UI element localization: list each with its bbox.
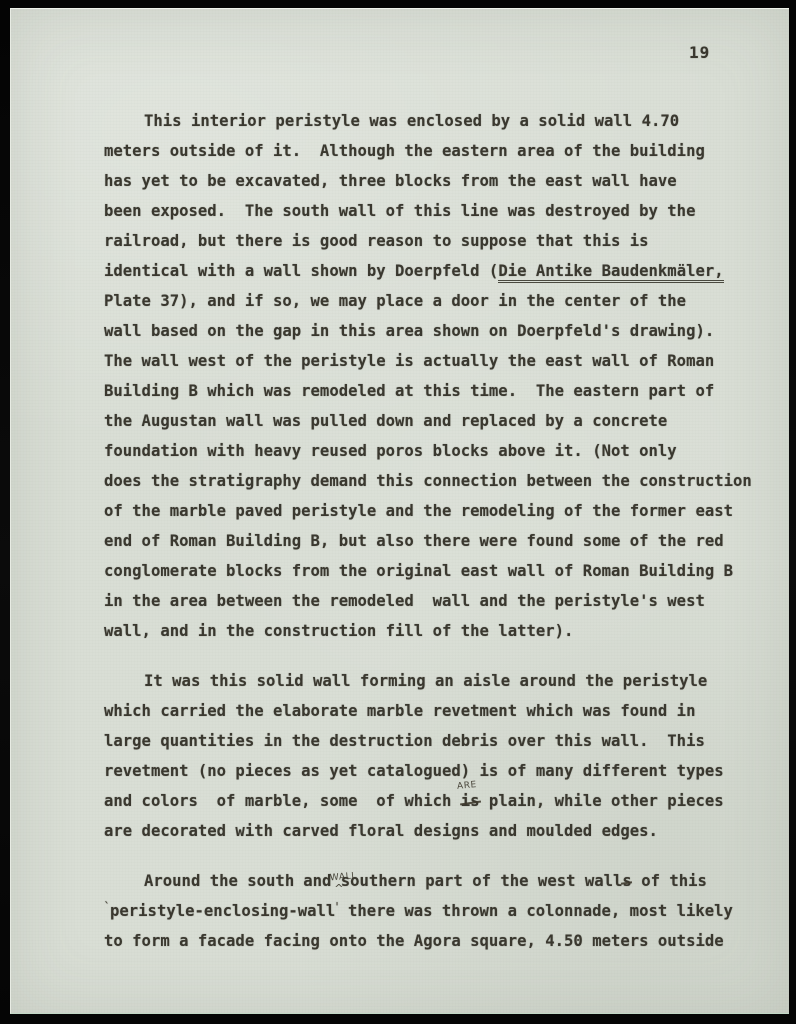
paragraph: It was this solid wall forming an aisle … [104, 666, 776, 846]
text-line: The wall west of the peristyle is actual… [104, 346, 776, 376]
text-line: the Augustan wall was pulled down and re… [104, 406, 776, 436]
paragraph: Around the southWALL^and southern part o… [104, 866, 776, 956]
text-segment: wall, and in the construction fill of th… [104, 622, 573, 640]
text-segment: Around the south [144, 872, 294, 890]
text-segment: foundation with heavy reused poros block… [104, 442, 677, 460]
text-segment: been exposed. The south wall of this lin… [104, 202, 695, 220]
text-segment: of this [632, 872, 707, 890]
insertion-mark: WALL^ [294, 885, 303, 886]
paper: 19 This interior peristyle was enclosed … [10, 8, 789, 1014]
text-segment: which carried the elaborate marble revet… [104, 702, 695, 720]
text-segment: revetment (no pieces as yet catalogued) … [104, 762, 724, 780]
text-segment: there was thrown a colonnade, most likel… [339, 902, 733, 920]
text-segment: to form a facade facing onto the Agora s… [104, 932, 724, 950]
text-segment: s [622, 872, 631, 890]
text-line: of the marble paved peristyle and the re… [104, 496, 776, 526]
text-segment: the Augustan wall was pulled down and re… [104, 412, 667, 430]
text-segment: are decorated with carved floral designs… [104, 822, 658, 840]
text-segment: This interior peristyle was enclosed by … [144, 112, 679, 130]
text-line: foundation with heavy reused poros block… [104, 436, 776, 466]
text-segment: identical with a wall shown by Doerpfeld… [104, 262, 498, 280]
text-line: has yet to be excavated, three blocks fr… [104, 166, 776, 196]
text-line: does the stratigraphy demand this connec… [104, 466, 776, 496]
text-segment: peristyle-enclosing-wall [110, 902, 335, 920]
text-segment: wall based on the gap in this area shown… [104, 322, 714, 340]
text-line: revetment (no pieces as yet catalogued) … [104, 756, 776, 786]
text-segment: and southern part of the west wall [303, 872, 622, 890]
text-segment: The wall west of the peristyle is actual… [104, 352, 714, 370]
text-segment: plain, while other pieces [480, 792, 724, 810]
typewritten-text: This interior peristyle was enclosed by … [104, 106, 776, 976]
text-segment: Die Antike Baudenkmäler, [498, 262, 723, 283]
text-segment: does the stratigraphy demand this connec… [104, 472, 752, 490]
text-line: and colors of marble, some of which isAR… [104, 786, 776, 816]
text-line: This interior peristyle was enclosed by … [104, 106, 776, 136]
scan-background: 19 This interior peristyle was enclosed … [0, 0, 796, 1024]
text-segment: meters outside of it. Although the easte… [104, 142, 705, 160]
page-number: 19 [689, 43, 710, 62]
text-segment: It was this solid wall forming an aisle … [144, 672, 707, 690]
text-line: end of Roman Building B, but also there … [104, 526, 776, 556]
text-line: to form a facade facing onto the Agora s… [104, 926, 776, 956]
text-line: wall, and in the construction fill of th… [104, 616, 776, 646]
text-segment: has yet to be excavated, three blocks fr… [104, 172, 677, 190]
text-line: Plate 37), and if so, we may place a doo… [104, 286, 776, 316]
text-line: wall based on the gap in this area shown… [104, 316, 776, 346]
text-segment: railroad, but there is good reason to su… [104, 232, 649, 250]
text-line: Around the southWALL^and southern part o… [104, 866, 776, 896]
paragraph: This interior peristyle was enclosed by … [104, 106, 776, 646]
handwritten-annotation: ARE [456, 780, 477, 792]
text-line: in the area between the remodeled wall a… [104, 586, 776, 616]
text-line: been exposed. The south wall of this lin… [104, 196, 776, 226]
text-line: identical with a wall shown by Doerpfeld… [104, 256, 776, 286]
text-segment: isARE [461, 792, 480, 810]
text-line: railroad, but there is good reason to su… [104, 226, 776, 256]
text-segment: and colors of marble, some of which [104, 792, 461, 810]
text-line: large quantities in the destruction debr… [104, 726, 776, 756]
text-segment: Plate 37), and if so, we may place a doo… [104, 292, 686, 310]
text-line: which carried the elaborate marble revet… [104, 696, 776, 726]
text-segment: Building B which was remodeled at this t… [104, 382, 714, 400]
text-line: are decorated with carved floral designs… [104, 816, 776, 846]
text-line: `peristyle-enclosing-wall' there was thr… [104, 896, 776, 926]
text-line: Building B which was remodeled at this t… [104, 376, 776, 406]
text-segment: large quantities in the destruction debr… [104, 732, 705, 750]
text-line: conglomerate blocks from the original ea… [104, 556, 776, 586]
text-segment: conglomerate blocks from the original ea… [104, 562, 733, 580]
text-segment: end of Roman Building B, but also there … [104, 532, 724, 550]
text-line: meters outside of it. Although the easte… [104, 136, 776, 166]
text-segment: in the area between the remodeled wall a… [104, 592, 705, 610]
text-line: It was this solid wall forming an aisle … [104, 666, 776, 696]
text-segment: of the marble paved peristyle and the re… [104, 502, 733, 520]
